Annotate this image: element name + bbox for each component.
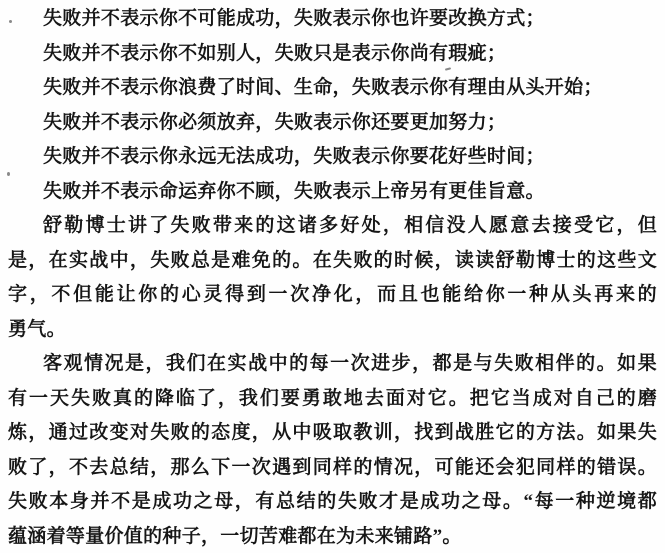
text-line: 失败本身并不是成功之母，有总结的失败才是成功之母。“每一种逆境都	[8, 485, 657, 520]
text-line: 客观情况是，我们在实战中的每一次进步，都是与失败相伴的。如果	[8, 347, 657, 382]
book-page: 失败并不表示你不可能成功，失败表示你也许要改换方式； 失败并不表示你不如别人，失…	[0, 0, 665, 553]
text-line: 蕴涵着等量价值的种子，一切苦难都在为未来铺路”。	[8, 520, 657, 553]
text-line: 勇气。	[8, 313, 657, 348]
text-line: 失败并不表示你浪费了时间、生命，失败表示你有理由从头开始；	[8, 71, 657, 106]
text-line: 失败并不表示命运弃你不顾，失败表示上帝另有更佳旨意。	[8, 175, 657, 210]
scan-speckle	[9, 20, 12, 23]
text-line: 败了，不去总结，那么下一次遇到同样的情况，可能还会犯同样的错误。	[8, 451, 657, 486]
paragraph-schuller: 舒勒博士讲了失败带来的这诸多好处，相信没人愿意去接受它，但 是，在实战中，失败总…	[8, 209, 657, 347]
text-line: 是，在实战中，失败总是难免的。在失败的时候，读读舒勒博士的这些文	[8, 244, 657, 279]
text-line: 失败并不表示你不如别人，失败只是表示你尚有瑕疵；	[8, 37, 657, 72]
text-line: 字，不但能让你的心灵得到一次净化，而且也能给你一种从头再来的	[8, 278, 657, 313]
text-line: 舒勒博士讲了失败带来的这诸多好处，相信没人愿意去接受它，但	[8, 209, 657, 244]
text-line: 有一天失败真的降临了，我们要勇敢地去面对它。把它当成对自己的磨	[8, 382, 657, 417]
paragraph-reality: 客观情况是，我们在实战中的每一次进步，都是与失败相伴的。如果 有一天失败真的降临…	[8, 347, 657, 553]
text-line: 失败并不表示你必须放弃，失败表示你还要更加努力；	[8, 106, 657, 141]
text-line: 炼，通过改变对失败的态度，从中吸取教训，找到战胜它的方法。如果失	[8, 416, 657, 451]
aphorism-list: 失败并不表示你不可能成功，失败表示你也许要改换方式； 失败并不表示你不如别人，失…	[8, 2, 657, 209]
scan-speckle	[7, 172, 10, 176]
text-line: 失败并不表示你永远无法成功，失败表示你要花好些时间；	[8, 140, 657, 175]
text-line: 失败并不表示你不可能成功，失败表示你也许要改换方式；	[8, 2, 657, 37]
